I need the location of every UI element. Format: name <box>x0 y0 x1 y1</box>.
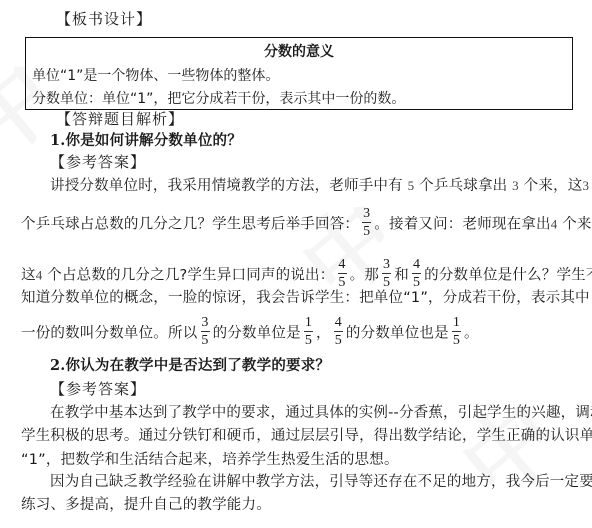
fraction-4-5: 45 <box>334 315 343 348</box>
answer-label-2: 【参考答案】 <box>50 379 146 399</box>
fraction-3-5: 35 <box>382 257 391 290</box>
section-label-board-design: 【板书设计】 <box>56 9 152 29</box>
fraction-3-5: 35 <box>362 206 371 239</box>
board-design-box: 分数的意义 单位“1”是一个物体、一些物体的整体。 分数单位：单位“1”，把它分… <box>25 37 573 110</box>
answer-1-line-5: 一份的数叫分数单位。所以35的分数单位是15，45的分数单位也是15。 <box>21 317 479 350</box>
board-line-1: 单位“1”是一个物体、一些物体的整体。 <box>32 65 279 85</box>
fraction-1-5: 15 <box>452 315 461 348</box>
answer-2-line-3: “1”，把数学和生活结合起来，培养学生热爱生活的思想。 <box>21 450 399 470</box>
fraction-3-5: 35 <box>200 315 209 348</box>
board-line-2: 分数单位：单位“1”，把它分成若干份，表示其中一份的数。 <box>32 88 405 108</box>
section-label-defense-analysis: 【答辩题目解析】 <box>56 109 184 129</box>
fraction-4-5: 45 <box>412 257 421 290</box>
answer-1-line-4: 知道分数单位的概念，一脸的惊讶，我会告诉学生：把单位“1”，分成若干份，表示其中 <box>21 288 590 308</box>
answer-1-line-1: 讲授分数单位时，我采用情境教学的方法，老师手中有 5 个乒乓球拿出 3 个来，这… <box>50 176 589 196</box>
answer-1-line-2: 个乒乓球占总数的几分之几？学生思考后举手回答：35。接着又问：老师现在拿出4 个… <box>21 208 592 241</box>
question-1: 1.你是如何讲解分数单位的？ <box>50 131 242 151</box>
fraction-1-5: 15 <box>304 315 313 348</box>
answer-2-line-4: 因为自己缺乏教学经验在讲解中教学方法，引导等还存在不足的地方，我今后一定要多 <box>50 472 592 492</box>
board-title: 分数的意义 <box>26 41 572 61</box>
answer-label-1: 【参考答案】 <box>50 152 146 172</box>
question-2: 2.你认为在教学中是否达到了教学的要求？ <box>50 356 330 376</box>
fraction-4-5: 45 <box>337 257 346 290</box>
answer-2-line-5: 练习、多提高，提升自己的教学能力。 <box>21 495 271 515</box>
answer-2-line-1: 在教学中基本达到了教学中的要求，通过具体的实例--分香蕉，引起学生的兴趣，调动 <box>50 403 592 423</box>
answer-2-line-2: 学生积极的思考。通过分铁钉和硬币，通过层层引导，得出数学结论，学生正确的认识单位 <box>21 426 592 446</box>
